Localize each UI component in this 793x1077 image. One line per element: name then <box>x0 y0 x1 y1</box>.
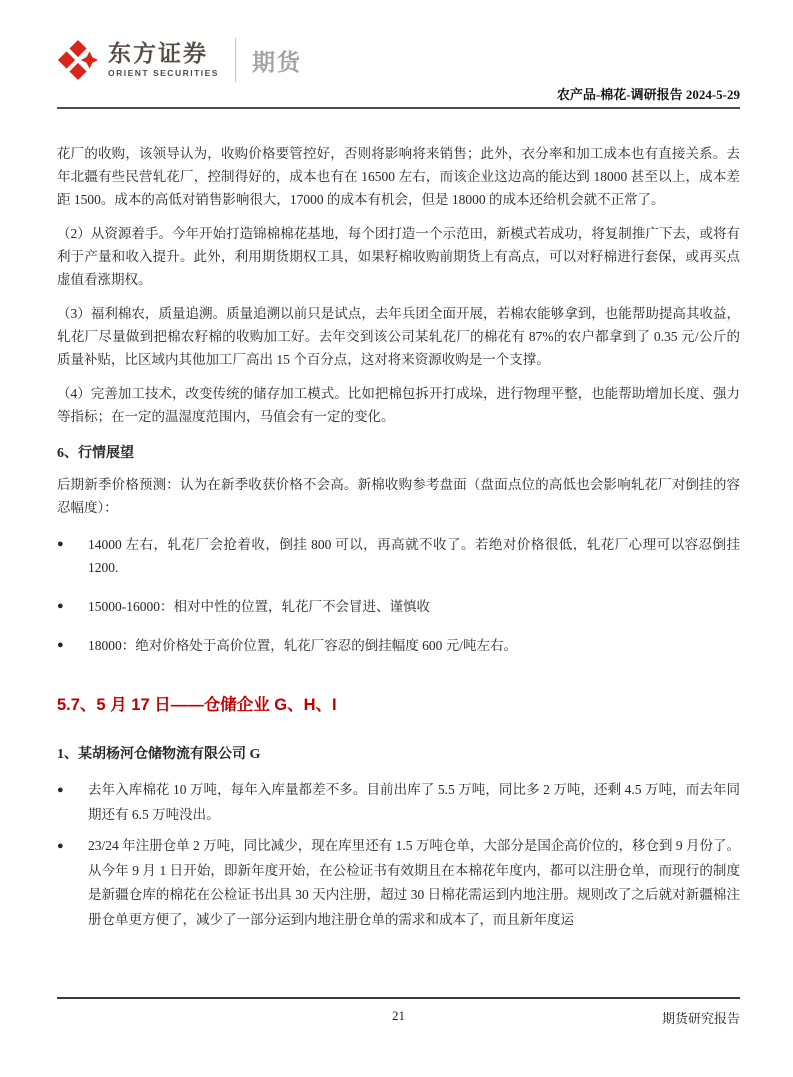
body-paragraph: （3）福利棉农，质量追溯。质量追溯以前只是试点，去年兵团全面开展，若棉农能够拿到… <box>57 302 740 371</box>
bullet-icon: ● <box>57 778 88 827</box>
brand-name-en: ORIENT SECURITIES <box>108 69 219 78</box>
list-item: ● 23/24 年注册仓单 2 万吨，同比减少，现在库里还有 1.5 万吨仓单，… <box>57 834 740 932</box>
list-item: ● 14000 左右，轧花厂会抢着收，倒挂 800 可以，再高就不收了。若绝对价… <box>57 533 740 579</box>
diamond-logo-icon <box>57 39 99 81</box>
page-number: 21 <box>57 1008 740 1024</box>
bullet-icon: ● <box>57 634 88 657</box>
report-page: 东方证券 ORIENT SECURITIES 期货 农产品-棉花-调研报告 20… <box>0 0 793 1077</box>
outlook-bullet-list: ● 14000 左右，轧花厂会抢着收，倒挂 800 可以，再高就不收了。若绝对价… <box>57 533 740 657</box>
list-item: ● 去年入库棉花 10 万吨，每年入库量都差不多。目前出库了 5.5 万吨，同比… <box>57 778 740 827</box>
bullet-icon: ● <box>57 533 88 579</box>
list-item: ● 18000：绝对价格处于高价位置，轧花厂容忍的倒挂幅度 600 元/吨左右。 <box>57 634 740 657</box>
section-heading-outlook: 6、行情展望 <box>57 442 740 465</box>
body-paragraph: （2）从资源着手。今年开始打造锦棉棉花基地，每个团打造一个示范田，新模式若成功，… <box>57 222 740 291</box>
outlook-intro-paragraph: 后期新季价格预测：认为在新季收获价格不会高。新棉收购参考盘面（盘面点位的高低也会… <box>57 473 740 519</box>
company-g-bullet-list: ● 去年入库棉花 10 万吨，每年入库量都差不多。目前出库了 5.5 万吨，同比… <box>57 778 740 932</box>
page-footer: 21 期货研究报告 <box>0 997 793 1077</box>
page-header: 东方证券 ORIENT SECURITIES 期货 农产品-棉花-调研报告 20… <box>0 0 793 109</box>
division-label: 期货 <box>252 44 302 77</box>
report-body: 花厂的收购，该领导认为，收购价格要管控好，否则将影响将来销售；此外，衣分率和加工… <box>0 109 793 932</box>
bullet-icon: ● <box>57 595 88 618</box>
bullet-text: 15000-16000：相对中性的位置，轧花厂不会冒进、谨慎收 <box>88 595 430 618</box>
footer-rule <box>57 997 740 999</box>
body-paragraph: （4）完善加工技术，改变传统的储存加工模式。比如把棉包拆开打成垛，进行物理平整，… <box>57 382 740 428</box>
bullet-text: 23/24 年注册仓单 2 万吨，同比减少，现在库里还有 1.5 万吨仓单，大部… <box>88 834 740 932</box>
brand-row: 东方证券 ORIENT SECURITIES 期货 <box>57 36 740 84</box>
subsection-heading-company-g: 1、某胡杨河仓储物流有限公司 G <box>57 743 740 766</box>
brand-divider <box>235 38 236 82</box>
brand-text-block: 东方证券 ORIENT SECURITIES <box>108 42 219 78</box>
bullet-text: 14000 左右，轧花厂会抢着收，倒挂 800 可以，再高就不收了。若绝对价格很… <box>88 533 740 579</box>
list-item: ● 15000-16000：相对中性的位置，轧花厂不会冒进、谨慎收 <box>57 595 740 618</box>
orient-securities-logo: 东方证券 ORIENT SECURITIES <box>57 39 219 81</box>
bullet-icon: ● <box>57 834 88 932</box>
bullet-text: 18000：绝对价格处于高价位置，轧花厂容忍的倒挂幅度 600 元/吨左右。 <box>88 634 517 657</box>
section-heading-5-7: 5.7、5 月 17 日——仓储企业 G、H、I <box>57 694 740 717</box>
report-title: 农产品-棉花-调研报告 2024-5-29 <box>57 84 740 107</box>
footer-row: 21 期货研究报告 <box>57 1008 740 1027</box>
brand-name-cn: 东方证券 <box>108 42 219 65</box>
body-paragraph: 花厂的收购，该领导认为，收购价格要管控好，否则将影响将来销售；此外，衣分率和加工… <box>57 142 740 211</box>
bullet-text: 去年入库棉花 10 万吨，每年入库量都差不多。目前出库了 5.5 万吨，同比多 … <box>88 778 740 827</box>
